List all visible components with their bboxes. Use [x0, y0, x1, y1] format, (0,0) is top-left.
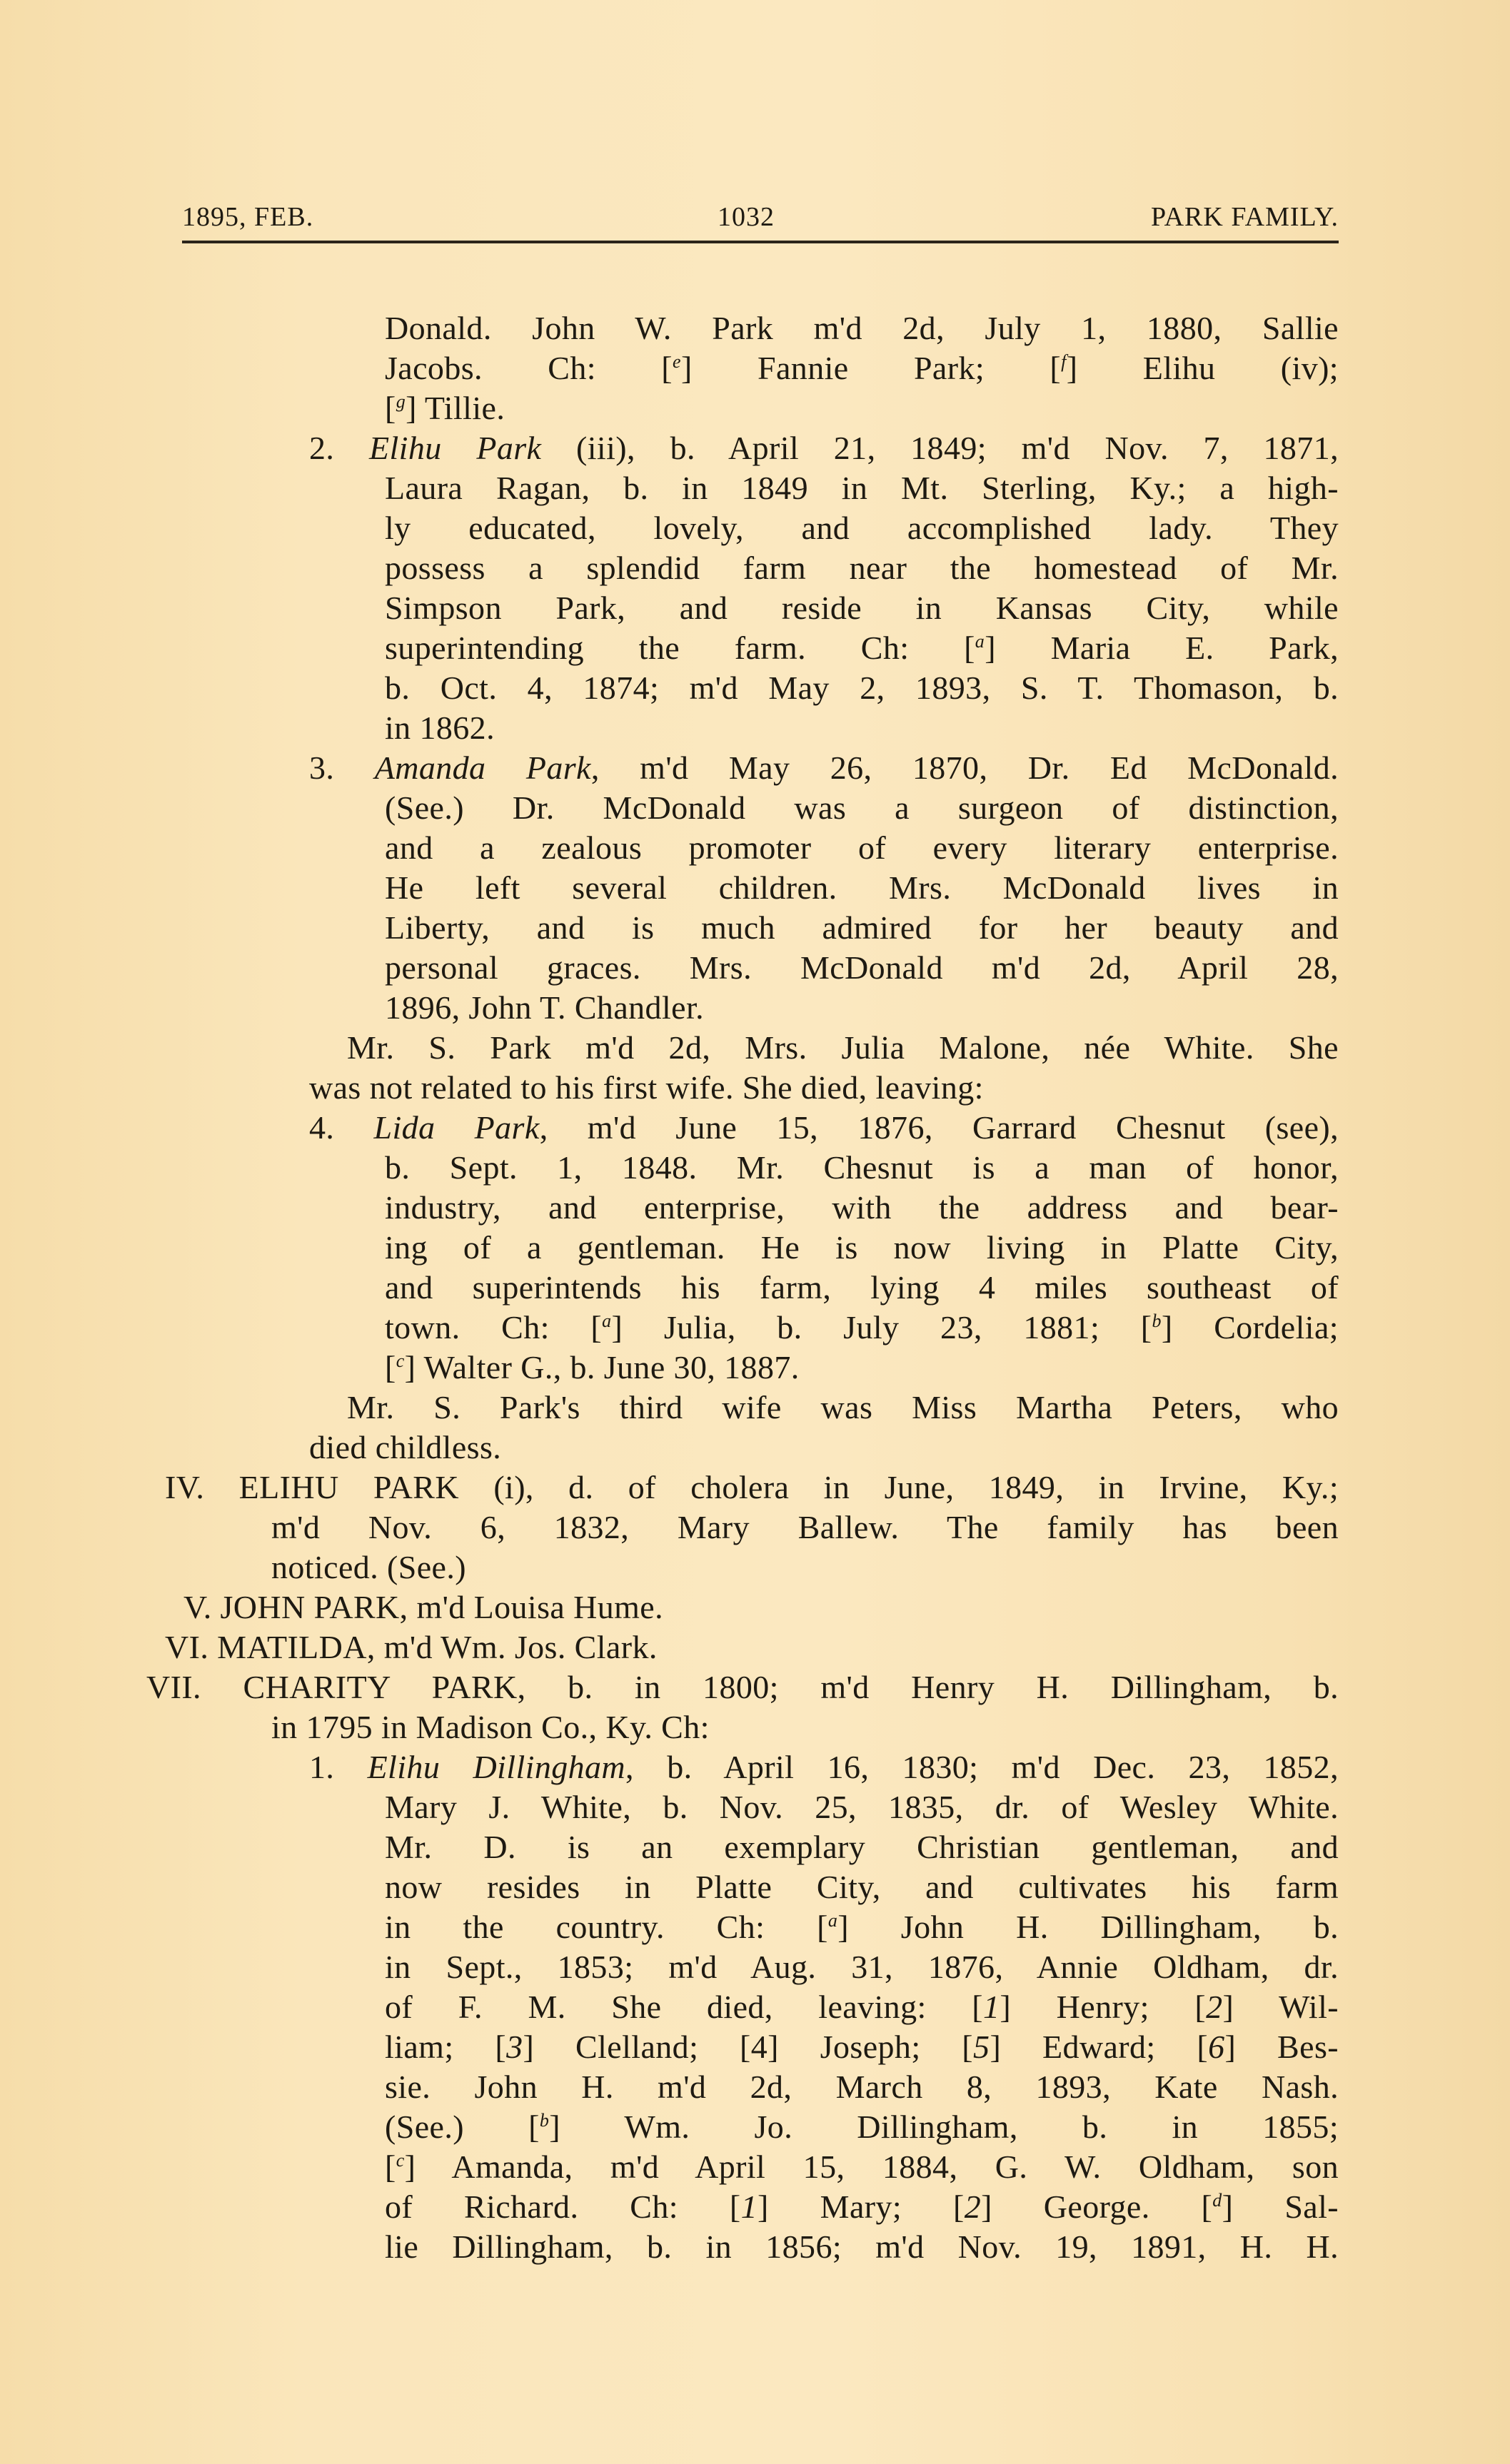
running-head-date: 1895, FEB. — [182, 201, 313, 233]
text-line: noticed. (See.) — [271, 1547, 466, 1587]
person-name: Lida Park — [374, 1109, 540, 1146]
text-line: 1896, John T. Chandler. — [385, 988, 704, 1028]
text-run: superintending the farm. Ch: [ — [385, 630, 975, 666]
generation-entry: VII. CHARITY PARK, b. in 1800; m'd Henry… — [146, 1667, 1339, 1707]
paragraph-start: Mr. S. Park's third wife was Miss Martha… — [347, 1388, 1339, 1428]
text-line: b. Oct. 4, 1874; m'd May 2, 1893, S. T. … — [385, 668, 1339, 708]
grandchild-number: 1 — [741, 2188, 757, 2225]
entry-heading: 2. Elihu Park (iii), b. April 21, 1849; … — [309, 428, 1339, 468]
person-name: Elihu Park — [369, 430, 541, 466]
child-letter: c — [396, 2150, 405, 2171]
entry-heading: 3. Amanda Park, m'd May 26, 1870, Dr. Ed… — [309, 748, 1339, 788]
text-run: ] Walter G., b. June 30, 1887. — [405, 1349, 800, 1385]
text-line: [g] Tillie. — [385, 388, 505, 428]
text-run: ] Julia, b. July 23, 1881; [ — [612, 1309, 1152, 1345]
grandchild-number: 6 — [1208, 2029, 1224, 2065]
text-line: Liberty, and is much admired for her bea… — [385, 908, 1339, 948]
text-run: of Richard. Ch: [ — [385, 2188, 741, 2225]
text-run: liam; [ — [385, 2029, 506, 2065]
grandchild-number: 5 — [973, 2029, 990, 2065]
text-run: ] Fannie Park; [ — [681, 350, 1061, 386]
child-letter: f — [1061, 351, 1067, 372]
text-line: Laura Ragan, b. in 1849 in Mt. Sterling,… — [385, 468, 1339, 508]
roman-numeral: VI. — [165, 1629, 217, 1665]
text-run: ELIHU PARK (i), d. of cholera in June, 1… — [239, 1469, 1339, 1505]
generation-entry: IV. ELIHU PARK (i), d. of cholera in Jun… — [165, 1468, 1339, 1508]
text-run: Donald. John W. Park m'd 2d, July 1, 188… — [385, 310, 1339, 346]
child-letter: a — [828, 1910, 837, 1931]
running-head: 1895, FEB. 1032 PARK FAMILY. — [182, 201, 1339, 237]
text-run: (See.) [ — [385, 2109, 540, 2145]
text-line: lie Dillingham, b. in 1856; m'd Nov. 19,… — [385, 2227, 1339, 2267]
entry-heading: 4. Lida Park, m'd June 15, 1876, Garrard… — [309, 1108, 1339, 1148]
generation-entry: V. JOHN PARK, m'd Louisa Hume. — [183, 1587, 663, 1627]
text-run: ] Cordelia; — [1162, 1309, 1339, 1345]
text-run: ] Maria E. Park, — [985, 630, 1339, 666]
text-line: sie. John H. m'd 2d, March 8, 1893, Kate… — [385, 2067, 1339, 2107]
text-run: ] Clelland; [4] Joseph; [ — [523, 2029, 973, 2065]
child-letter: b — [1152, 1311, 1161, 1331]
text-run: (iii), b. April 21, 1849; m'd Nov. 7, 18… — [541, 430, 1339, 466]
text-run: ] Sal- — [1222, 2188, 1339, 2225]
text-run: ] Bes- — [1225, 2029, 1339, 2065]
text-run: , m'd June 15, 1876, Garrard Chesnut (se… — [540, 1109, 1339, 1146]
text-line: and superintends his farm, lying 4 miles… — [385, 1268, 1339, 1308]
roman-numeral: VII. — [146, 1669, 243, 1705]
text-run: Jacobs. Ch: [ — [385, 350, 673, 386]
child-letter: g — [396, 391, 406, 412]
text-line: ing of a gentleman. He is now living in … — [385, 1228, 1339, 1268]
text-line: now resides in Platte City, and cultivat… — [385, 1867, 1339, 1907]
text-run: town. Ch: [ — [385, 1309, 602, 1345]
text-line: personal graces. Mrs. McDonald m'd 2d, A… — [385, 948, 1339, 988]
entry-number: 2. — [309, 430, 369, 466]
text-run: ] Mary; [ — [757, 2188, 965, 2225]
text-run: JOHN PARK, m'd Louisa Hume. — [221, 1589, 664, 1625]
roman-numeral: V. — [183, 1589, 221, 1625]
text-line: in 1862. — [385, 708, 495, 748]
text-line: industry, and enterprise, with the addre… — [385, 1188, 1339, 1228]
text-run: ] Edward; [ — [990, 2029, 1208, 2065]
generation-entry: VI. MATILDA, m'd Wm. Jos. Clark. — [165, 1627, 658, 1667]
text-line: in 1795 in Madison Co., Ky. Ch: — [271, 1707, 710, 1747]
text-line: of Richard. Ch: [1] Mary; [2] George. [d… — [385, 2187, 1339, 2227]
text-line: ly educated, lovely, and accomplished la… — [385, 508, 1339, 548]
header-rule — [182, 241, 1339, 243]
child-letter: c — [396, 1350, 405, 1371]
text-line: died childless. — [309, 1428, 501, 1468]
text-line: town. Ch: [a] Julia, b. July 23, 1881; [… — [385, 1308, 1339, 1348]
child-letter: e — [673, 351, 681, 372]
paragraph-start: Mr. S. Park m'd 2d, Mrs. Julia Malone, n… — [347, 1028, 1339, 1068]
text-line: was not related to his first wife. She d… — [309, 1068, 984, 1108]
book-page: 1895, FEB. 1032 PARK FAMILY. Donald. Joh… — [0, 0, 1510, 2464]
running-head-title: PARK FAMILY. — [1151, 201, 1339, 233]
text-run: MATILDA, m'd Wm. Jos. Clark. — [217, 1629, 658, 1665]
entry-number: 1. — [309, 1749, 368, 1785]
entry-number: 3. — [309, 749, 375, 786]
text-run: ] Amanda, m'd April 15, 1884, G. W. Oldh… — [405, 2149, 1339, 2185]
roman-numeral: IV. — [165, 1469, 239, 1505]
child-letter: b — [540, 2110, 549, 2131]
text-line: in Sept., 1853; m'd Aug. 31, 1876, Annie… — [385, 1947, 1339, 1987]
text-run: CHARITY PARK, b. in 1800; m'd Henry H. D… — [243, 1669, 1339, 1705]
text-line: possess a splendid farm near the homeste… — [385, 548, 1339, 588]
text-line: Simpson Park, and reside in Kansas City,… — [385, 588, 1339, 628]
text-line: Mr. D. is an exemplary Christian gentlem… — [385, 1827, 1339, 1867]
grandchild-number: 2 — [965, 2188, 981, 2225]
text-run: in the country. Ch: [ — [385, 1909, 828, 1945]
text-run: ] Elihu (iv); — [1067, 350, 1339, 386]
child-letter: a — [602, 1311, 611, 1331]
text-run: ] George. [ — [981, 2188, 1212, 2225]
text-run: , m'd May 26, 1870, Dr. Ed McDonald. — [591, 749, 1339, 786]
text-run: ] Wil- — [1222, 1989, 1339, 2025]
text-line: (See.) Dr. McDonald was a surgeon of dis… — [385, 788, 1339, 828]
text-line: [c] Amanda, m'd April 15, 1884, G. W. Ol… — [385, 2147, 1339, 2187]
text-line: b. Sept. 1, 1848. Mr. Chesnut is a man o… — [385, 1148, 1339, 1188]
person-name: Elihu Dillingham — [368, 1749, 625, 1785]
child-letter: d — [1212, 2190, 1222, 2211]
text-run: ] Henry; [ — [1000, 1989, 1206, 2025]
entry-number: 4. — [309, 1109, 374, 1146]
text-run: ] Tillie. — [406, 390, 505, 426]
text-line: Mary J. White, b. Nov. 25, 1835, dr. of … — [385, 1787, 1339, 1827]
child-letter: a — [975, 631, 985, 652]
text-run: , b. April 16, 1830; m'd Dec. 23, 1852, — [625, 1749, 1339, 1785]
grandchild-number: 1 — [983, 1989, 1000, 2025]
grandchild-number: 2 — [1206, 1989, 1222, 2025]
text-run: [ — [385, 2149, 396, 2185]
text-line: and a zealous promoter of every literary… — [385, 828, 1339, 868]
text-line: liam; [3] Clelland; [4] Joseph; [5] Edwa… — [385, 2027, 1339, 2067]
text-line: [c] Walter G., b. June 30, 1887. — [385, 1348, 800, 1388]
text-run: of F. M. She died, leaving: [ — [385, 1989, 983, 2025]
text-line: He left several children. Mrs. McDonald … — [385, 868, 1339, 908]
text-run: [ — [385, 390, 396, 426]
text-line: of F. M. She died, leaving: [1] Henry; [… — [385, 1987, 1339, 2027]
grandchild-number: 3 — [506, 2029, 523, 2065]
page-number: 1032 — [718, 201, 775, 233]
text-line: in the country. Ch: [a] John H. Dillingh… — [385, 1907, 1339, 1947]
person-name: Amanda Park — [375, 749, 591, 786]
text-run: ] John H. Dillingham, b. — [837, 1909, 1339, 1945]
text-line: superintending the farm. Ch: [a] Maria E… — [385, 628, 1339, 668]
text-run: ] Wm. Jo. Dillingham, b. in 1855; — [549, 2109, 1339, 2145]
text-line: Donald. John W. Park m'd 2d, July 1, 188… — [385, 308, 1339, 348]
entry-heading: 1. Elihu Dillingham, b. April 16, 1830; … — [309, 1747, 1339, 1787]
text-line: m'd Nov. 6, 1832, Mary Ballew. The famil… — [271, 1508, 1339, 1547]
text-run: [ — [385, 1349, 396, 1385]
text-line: (See.) [b] Wm. Jo. Dillingham, b. in 185… — [385, 2107, 1339, 2147]
text-line: Jacobs. Ch: [e] Fannie Park; [f] Elihu (… — [385, 348, 1339, 388]
